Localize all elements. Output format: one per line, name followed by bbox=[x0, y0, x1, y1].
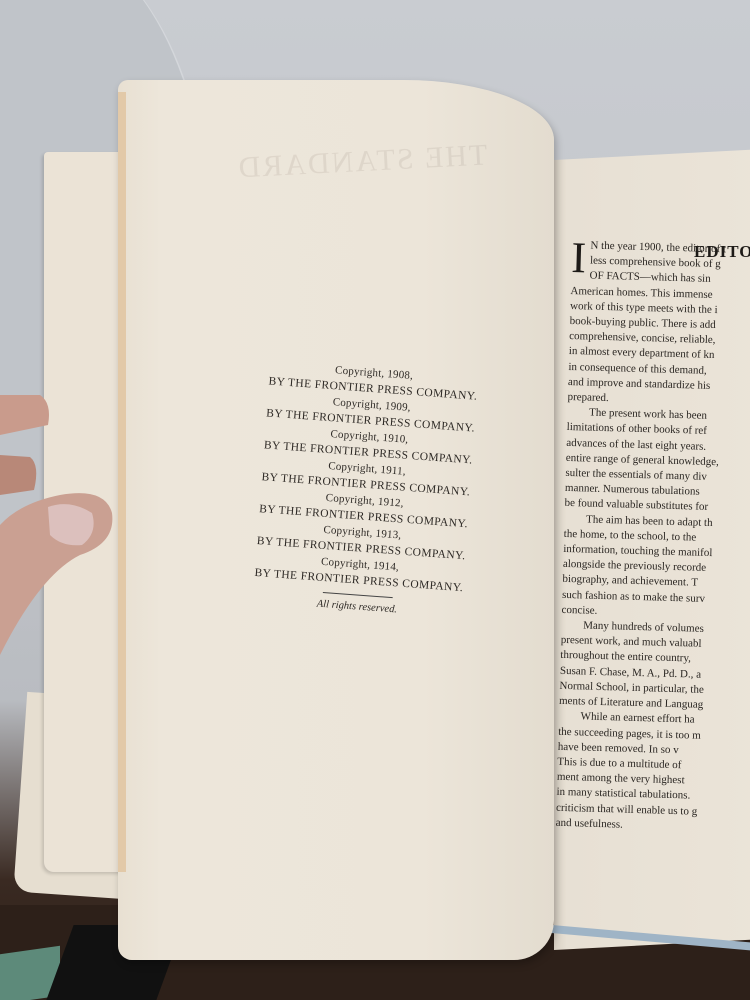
editorial-text: I N the year 1900, the editor of t less … bbox=[555, 238, 750, 837]
drop-cap: I bbox=[571, 240, 587, 276]
left-page-edge bbox=[118, 92, 126, 872]
copyright-notice: Copyright, 1908, BY THE FRONTIER PRESS C… bbox=[232, 356, 500, 625]
hand-holding-book bbox=[0, 395, 115, 655]
